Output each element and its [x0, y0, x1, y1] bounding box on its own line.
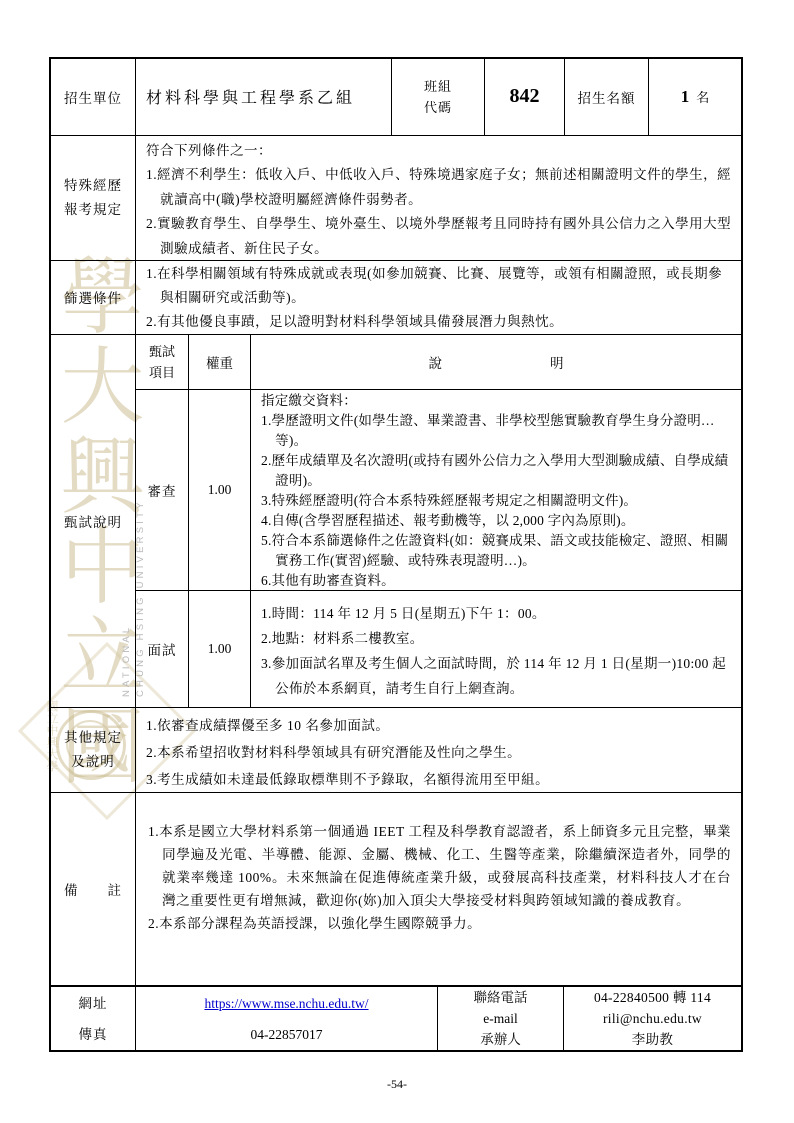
exam-review-paragraph: 2.歷年成績單及名次證明(或持有國外公信力之入學用大型測驗成績、自學成績證明)。 [261, 451, 733, 491]
department-name-cell: 材料科學與工程學系乙組 [135, 59, 391, 135]
quota-value-cell: 1 名 [648, 59, 741, 135]
screening-criteria-text: 1.在科學相關領域有特殊成就或表現(如參加競賽、比賽、展覽等，或領有相關證照，或… [135, 261, 741, 334]
exam-desc-header-label: 說 明 [429, 352, 564, 372]
exam-review-paragraph: 6.其他有助審查資料。 [261, 571, 733, 591]
exam-review-paragraph: 1.學歷證明文件(如學生證、畢業證書、非學校型態實驗教育學生身分證明…等)。 [261, 411, 733, 451]
screening-criteria-label-cell: 篩選條件 [51, 261, 135, 334]
other-rules-label-cell: 其他規定及說明 [51, 708, 135, 792]
contact-value: 04-22840500 轉 114 [594, 987, 711, 1008]
remarks-text: 1.本系是國立大學材料系第一個通過 IEET 工程及科學教育認證者，系上師資多元… [135, 793, 741, 985]
exam-desc-column-header: 說 明 [250, 335, 741, 389]
other-rules-text: 1.依審查成績擇優至多 10 名參加面試。2.本系希望招收對材料科學領域具有研究… [135, 708, 741, 792]
exam-review-item-cell: 審查 [136, 390, 188, 590]
exam-review-description: 指定繳交資料：1.學歷證明文件(如學生證、畢業證書、非學校型態實驗教育學生身分證… [250, 390, 741, 590]
admission-unit-label: 招生單位 [64, 87, 122, 107]
quota-unit: 名 [696, 87, 709, 106]
website-fax-label-cell: 網址傳真 [51, 987, 135, 1050]
screening-criteria-paragraph: 1.在科學相關領域有特殊成就或表現(如參加競賽、比賽、展覽等，或領有相關證照，或… [146, 262, 732, 310]
exam-interview-paragraph: 1.時間：114 年 12 月 5 日(星期五)下午 1：00。 [261, 601, 733, 626]
contact-label: e-mail [483, 1008, 517, 1029]
exam-subtable-header: 甄試項目 權重 說 明 [136, 335, 741, 389]
group-code-label-cell: 班組代碼 [391, 59, 484, 135]
contact-labels-cell: 聯絡電話e-mail承辦人 [437, 987, 563, 1050]
website-fax-label: 網址 [79, 988, 108, 1019]
exam-weight-column-header: 權重 [188, 335, 250, 389]
special-eligibility-paragraph: 2.實驗教育學生、自學學生、境外臺生、以境外學歷報考且同時持有國外具公信力之入學… [146, 212, 732, 261]
exam-interview-description: 1.時間：114 年 12 月 5 日(星期五)下午 1：00。2.地點：材料系… [250, 591, 741, 708]
website-fax-label: 傳真 [79, 1019, 108, 1050]
exam-review-paragraph: 指定繳交資料： [261, 391, 733, 411]
exam-interview-row: 面試 1.00 1.時間：114 年 12 月 5 日(星期五)下午 1：00。… [136, 590, 741, 708]
exam-review-paragraph: 4.自傳(含學習歷程描述、報考動機等，以 2,000 字內為原則)。 [261, 511, 733, 531]
website-fax-value-cell: https://www.mse.nchu.edu.tw/ 04-22857017 [135, 987, 437, 1050]
group-code-value: 842 [510, 85, 540, 108]
other-rules-paragraph: 1.依審查成績擇優至多 10 名參加面試。 [146, 712, 732, 739]
exam-interview-paragraph: 3.參加面試名單及考生個人之面試時間，於 114 年 12 月 1 日(星期一)… [261, 651, 733, 701]
exam-review-paragraph: 3.特殊經歷證明(符合本系特殊經歷報考規定之相關證明文件)。 [261, 491, 733, 511]
exam-weight-header-label: 權重 [206, 352, 233, 372]
contact-label: 承辦人 [480, 1029, 521, 1050]
screening-criteria-paragraph: 2.有其他優良事蹟，足以證明對材料科學領域具備發展潛力與熱忱。 [146, 310, 732, 334]
contact-value: rili@nchu.edu.tw [603, 1008, 702, 1029]
admission-table: 招生單位 材料科學與工程學系乙組 班組代碼 842 招生名額 1 名 特殊經歷報… [49, 57, 743, 1052]
header-row: 招生單位 材料科學與工程學系乙組 班組代碼 842 招生名額 1 名 [51, 59, 741, 135]
exam-review-item-label: 審查 [148, 480, 177, 500]
other-rules-label: 其他規定及說明 [63, 726, 123, 774]
exam-interview-paragraph: 2.地點：材料系二樓教室。 [261, 626, 733, 651]
exam-description-label: 甄試說明 [64, 511, 122, 531]
group-code-label: 班組代碼 [421, 76, 455, 118]
exam-description-row: 甄試說明 甄試項目 權重 說 明 審查 [51, 334, 741, 708]
exam-interview-weight-cell: 1.00 [188, 591, 250, 708]
exam-review-paragraph: 5.符合本系篩選條件之佐證資料(如：競賽成果、語文或技能檢定、證照、相關實務工作… [261, 531, 733, 571]
special-eligibility-paragraph: 1.經濟不利學生：低收入戶、中低收入戶、特殊境遇家庭子女；無前述相關證明文件的學… [146, 163, 732, 212]
exam-item-column-header: 甄試項目 [136, 335, 188, 389]
exam-review-weight-cell: 1.00 [188, 390, 250, 590]
exam-item-header-label: 甄試項目 [147, 341, 177, 383]
exam-review-weight-value: 1.00 [208, 482, 232, 498]
website-link[interactable]: https://www.mse.nchu.edu.tw/ [204, 996, 368, 1011]
quota-number: 1 [681, 87, 690, 107]
group-code-value-cell: 842 [484, 59, 564, 135]
quota-label-cell: 招生名額 [564, 59, 648, 135]
remarks-paragraph: 1.本系是國立大學材料系第一個通過 IEET 工程及科學教育認證者，系上師資多元… [148, 820, 731, 912]
other-rules-paragraph: 2.本系希望招收對材料科學領域具有研究潛能及性向之學生。 [146, 739, 732, 766]
exam-interview-item-label: 面試 [148, 639, 177, 659]
remarks-row: 備 註 1.本系是國立大學材料系第一個通過 IEET 工程及科學教育認證者，系上… [51, 792, 741, 985]
exam-interview-item-cell: 面試 [136, 591, 188, 708]
fax-number: 04-22857017 [251, 1019, 323, 1050]
admission-document-page: 學大興中立國 國立中興大學 NATIONALCHUNG HSING UNIVER… [0, 0, 794, 1123]
special-eligibility-text: 符合下列條件之一：1.經濟不利學生：低收入戶、中低收入戶、特殊境遇家庭子女；無前… [135, 136, 741, 260]
admission-unit-label-cell: 招生單位 [51, 59, 135, 135]
contact-row: 網址傳真 https://www.mse.nchu.edu.tw/ 04-228… [51, 985, 741, 1050]
screening-criteria-label: 篩選條件 [64, 287, 122, 307]
remarks-paragraph: 2.本系部分課程為英語授課，以強化學生國際競爭力。 [148, 912, 731, 935]
exam-description-label-cell: 甄試說明 [51, 335, 135, 708]
department-name: 材料科學與工程學系乙組 [146, 85, 355, 108]
special-eligibility-paragraph: 符合下列條件之一： [146, 139, 732, 164]
special-eligibility-label-cell: 特殊經歷報考規定 [51, 136, 135, 260]
contact-values-cell: 04-22840500 轉 114rili@nchu.edu.tw李助教 [563, 987, 741, 1050]
special-eligibility-label: 特殊經歷報考規定 [63, 174, 123, 222]
screening-criteria-row: 篩選條件 1.在科學相關領域有特殊成就或表現(如參加競賽、比賽、展覽等，或領有相… [51, 260, 741, 334]
exam-subtable: 甄試項目 權重 說 明 審查 1.00 [135, 335, 741, 708]
exam-review-row: 審查 1.00 指定繳交資料：1.學歷證明文件(如學生證、畢業證書、非學校型態實… [136, 389, 741, 590]
special-eligibility-row: 特殊經歷報考規定 符合下列條件之一：1.經濟不利學生：低收入戶、中低收入戶、特殊… [51, 135, 741, 260]
remarks-label-cell: 備 註 [51, 793, 135, 985]
remarks-label: 備 註 [64, 879, 122, 899]
contact-label: 聯絡電話 [474, 987, 528, 1008]
other-rules-row: 其他規定及說明 1.依審查成績擇優至多 10 名參加面試。2.本系希望招收對材料… [51, 707, 741, 792]
other-rules-paragraph: 3.考生成績如未達最低錄取標準則不予錄取，名額得流用至甲組。 [146, 766, 732, 793]
contact-value: 李助教 [632, 1029, 673, 1050]
quota-label: 招生名額 [578, 87, 636, 107]
exam-interview-weight-value: 1.00 [208, 641, 232, 657]
page-number: -54- [0, 1077, 794, 1092]
